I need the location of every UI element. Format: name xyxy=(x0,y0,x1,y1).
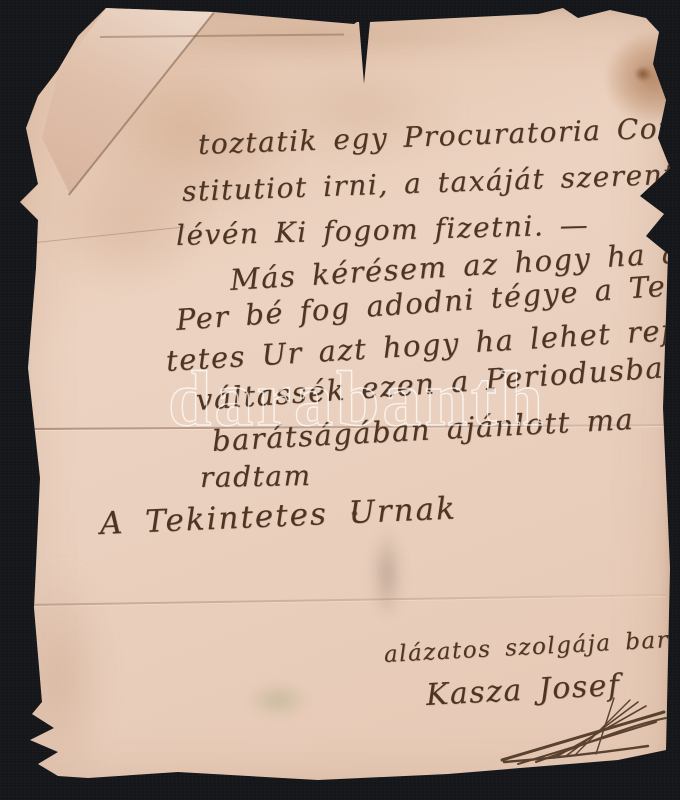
brown-stain-core xyxy=(634,66,652,82)
photo-background: toztatik egy Procuratoria Con stitutiot … xyxy=(0,0,680,800)
crease-smudge xyxy=(370,528,404,620)
watermark-text: darabanth xyxy=(168,360,546,438)
handwritten-line-9: radtam xyxy=(200,459,312,494)
handwritten-line-2: stitutiot irni, a taxáját szerentsé xyxy=(181,157,680,208)
green-smudge xyxy=(246,682,310,718)
letter-paper: toztatik egy Procuratoria Con stitutiot … xyxy=(18,8,670,788)
left-crease-line xyxy=(36,226,185,243)
brown-stain xyxy=(604,32,680,124)
handwritten-line-1: toztatik egy Procuratoria Con xyxy=(197,111,678,161)
horizontal-fold-line-2 xyxy=(26,594,666,606)
vertical-crease xyxy=(18,8,21,204)
address-line: A Tekintetes Urnak xyxy=(99,490,457,542)
closing-line: alázatos szolgája barátja xyxy=(383,624,680,668)
signature-flourish-icon xyxy=(496,696,680,776)
stain-bottom-left xyxy=(18,563,108,793)
